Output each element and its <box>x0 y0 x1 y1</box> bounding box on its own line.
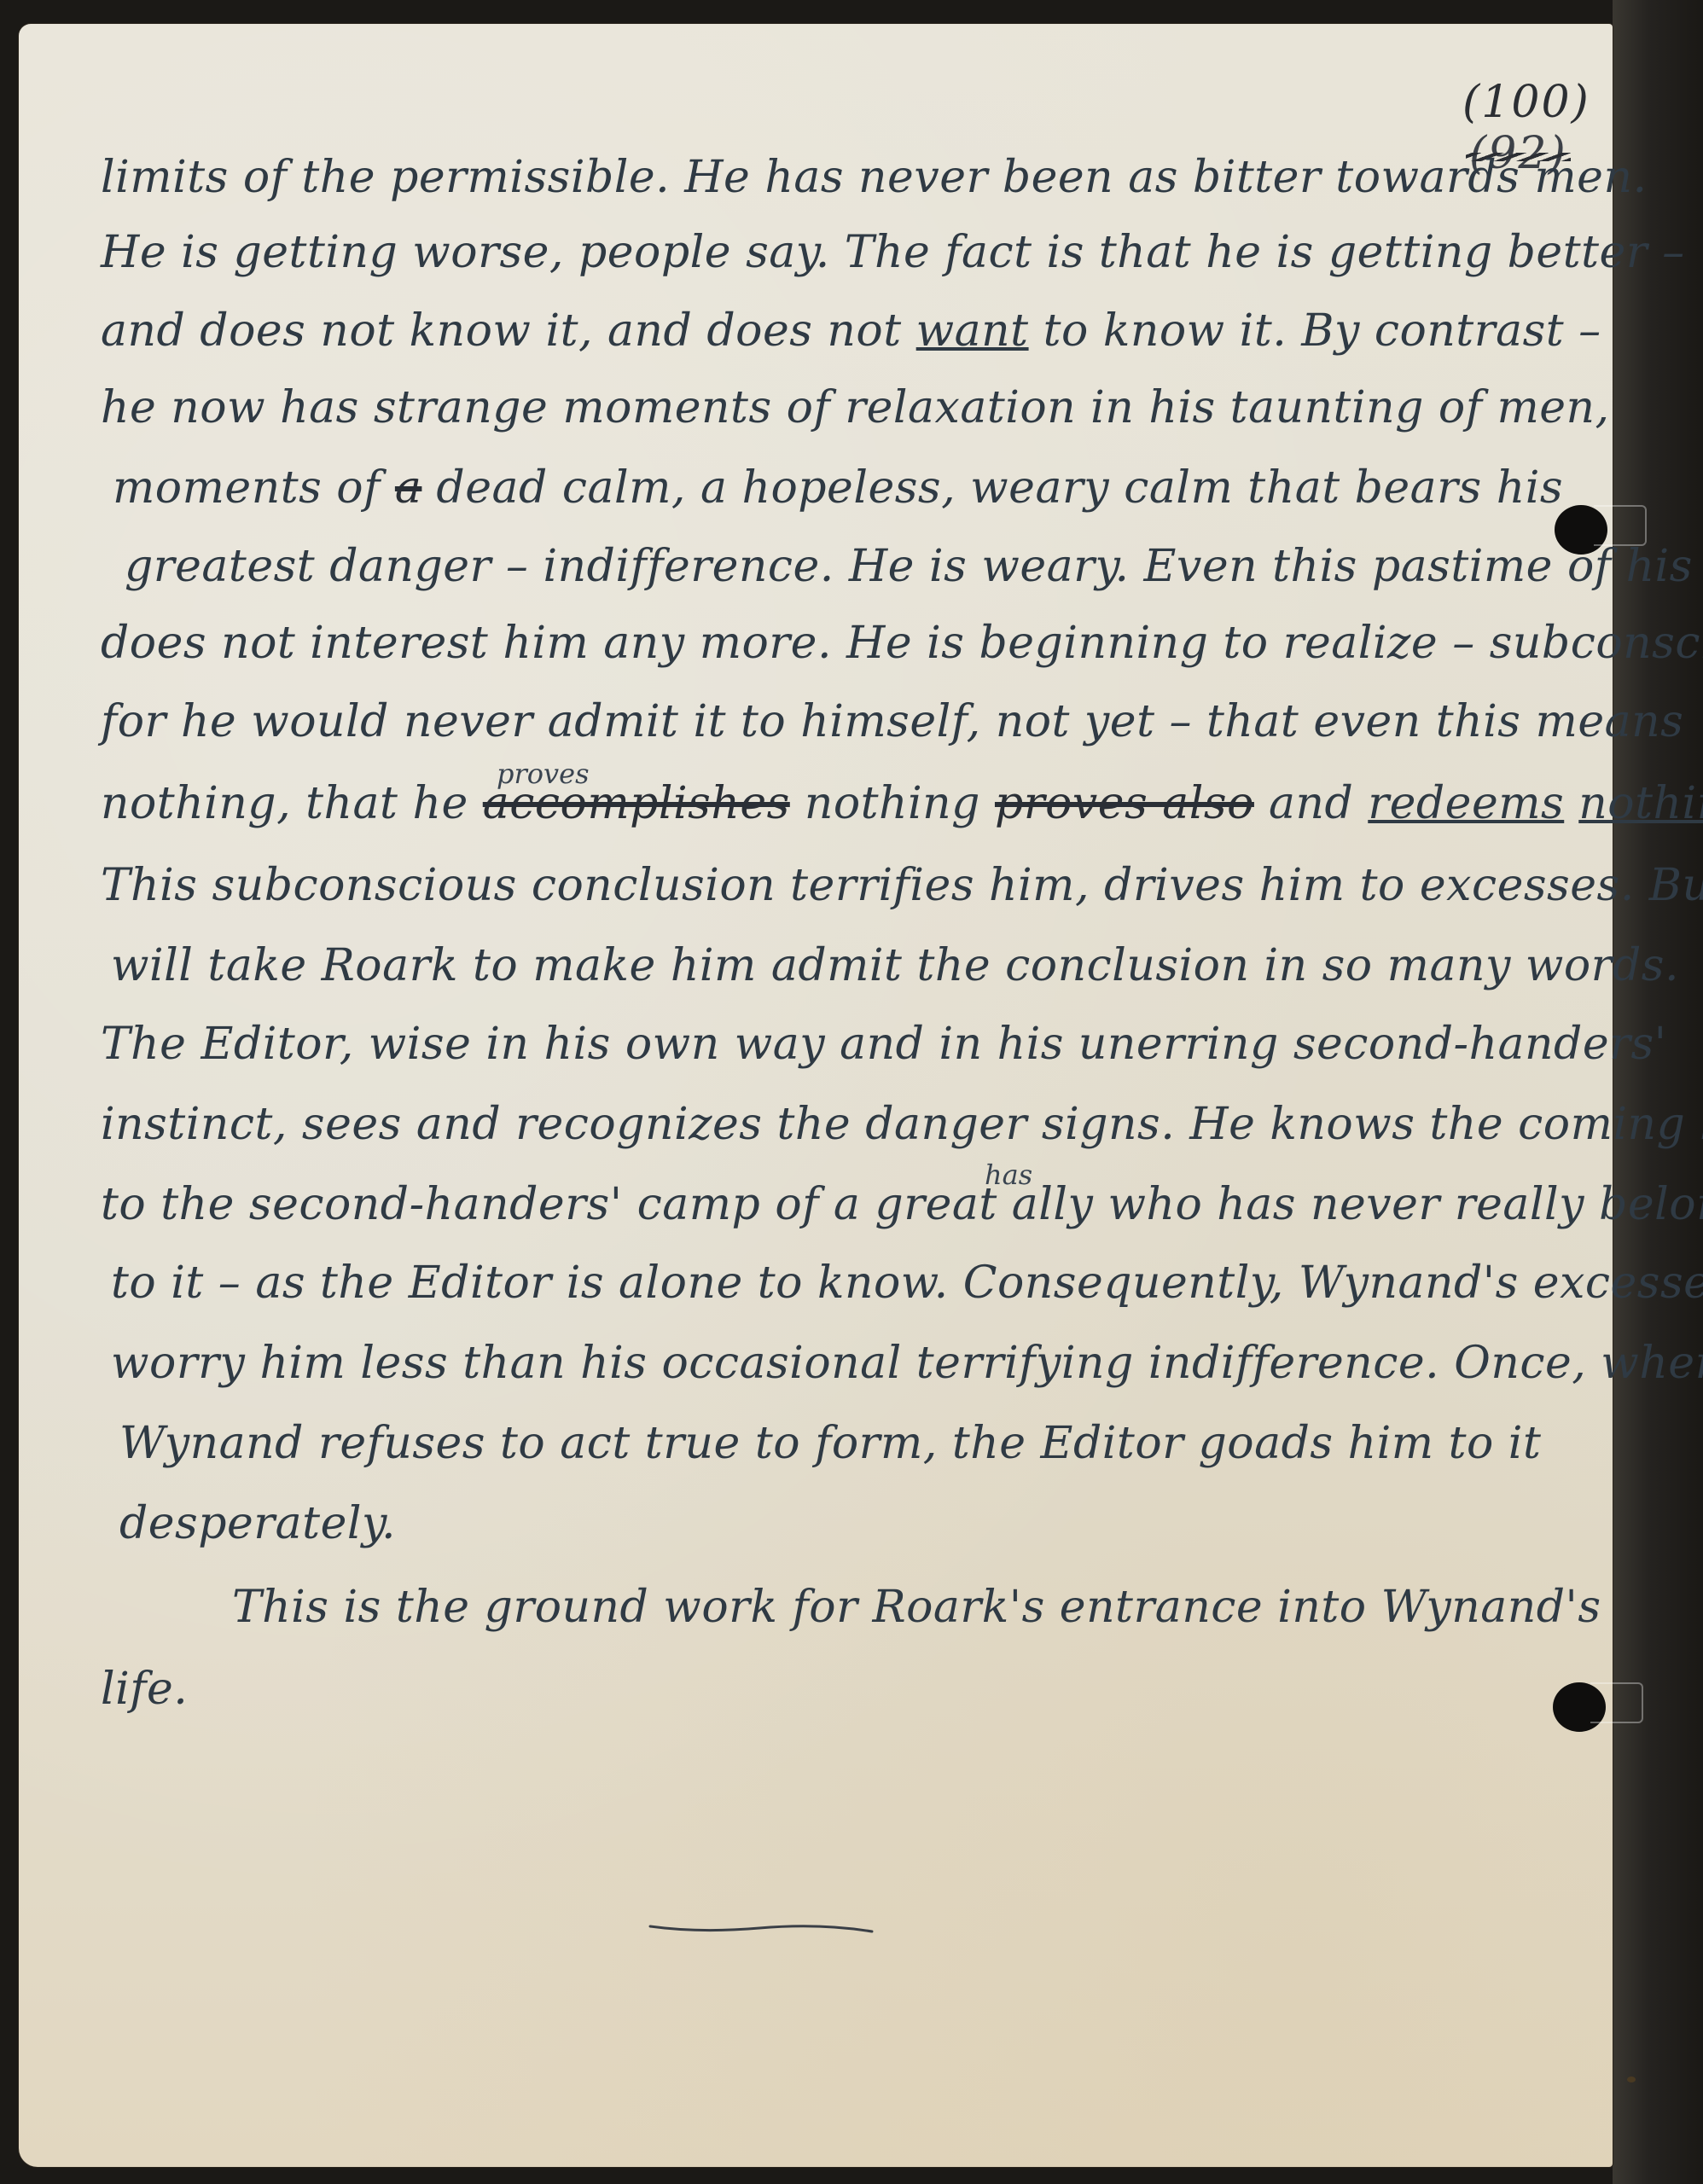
paper-spot <box>1627 2077 1636 2082</box>
manuscript-line-14: to the second-handers' camp of a great a… <box>101 1179 1703 1230</box>
manuscript-line-8: for he would never admit it to himself, … <box>101 696 1683 747</box>
manuscript-page: (100)(92) limits of the permissible. He … <box>19 24 1613 2167</box>
binder-edge <box>1613 0 1703 2184</box>
manuscript-line-4: he now has strange moments of relaxation… <box>101 382 1610 433</box>
manuscript-line-12: The Editor, wise in his own way and in h… <box>101 1019 1666 1070</box>
page-number-current: (100) <box>1462 77 1590 128</box>
manuscript-line-20: life. <box>101 1664 188 1715</box>
manuscript-line-15: to it – as the Editor is alone to know. … <box>111 1258 1703 1309</box>
emphasis-want: want <box>916 305 1029 357</box>
manuscript-line-19: This is the ground work for Roark's entr… <box>232 1582 1601 1633</box>
manuscript-line-9: nothing, that he accomplishes nothing pr… <box>101 778 1703 829</box>
manuscript-line-2: He is getting worse, people say. The fac… <box>101 227 1685 278</box>
closing-rule <box>648 1923 874 1935</box>
manuscript-line-5: moments of a dead calm, a hopeless, wear… <box>113 462 1563 514</box>
manuscript-line-13: instinct, sees and recognizes the danger… <box>101 1099 1703 1150</box>
manuscript-line-18: desperately. <box>119 1498 396 1549</box>
manuscript-line-10: This subconscious conclusion terrifies h… <box>101 860 1703 911</box>
emphasis-nothing: nothing <box>1578 778 1703 829</box>
manuscript-line-16: worry him less than his occasional terri… <box>111 1338 1703 1389</box>
punch-hole-tear-bottom <box>1590 1682 1643 1723</box>
line-3-text: and does not know it, and does not want … <box>101 305 1601 357</box>
manuscript-line-11: will take Roark to make him admit the co… <box>111 940 1679 991</box>
manuscript-line-1: limits of the permissible. He has never … <box>101 152 1647 203</box>
emphasis-redeems: redeems <box>1368 778 1564 829</box>
struck-word: a <box>395 462 422 514</box>
manuscript-line-7: does not interest him any more. He is be… <box>101 618 1703 669</box>
punch-hole-tear-top <box>1594 505 1647 546</box>
manuscript-line-6: greatest danger – indifference. He is we… <box>125 541 1693 592</box>
manuscript-line-3: and does not know it, and does not want … <box>101 305 1601 357</box>
struck-word-1: accomplishes <box>483 778 790 829</box>
manuscript-line-17: Wynand refuses to act true to form, the … <box>119 1418 1541 1469</box>
struck-word-2: proves also <box>995 778 1254 829</box>
